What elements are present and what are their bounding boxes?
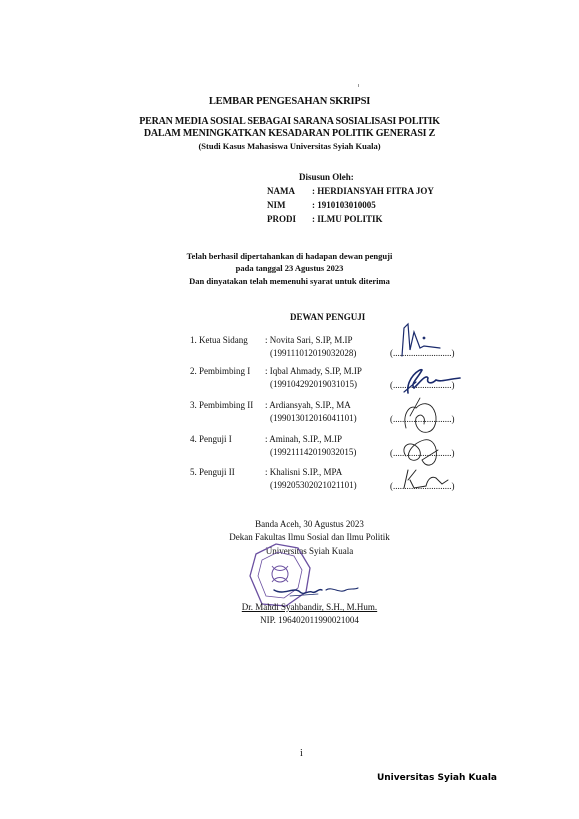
identity-label: NIM (267, 200, 312, 210)
examiner-name: : Ardiansyah, S.IP., MA (265, 400, 351, 410)
dean-signature (270, 580, 360, 602)
thesis-title-line1: PERAN MEDIA SOSIAL SEBAGAI SARANA SOSIAL… (0, 116, 579, 127)
document-heading: LEMBAR PENGESAHAN SKRIPSI (0, 96, 579, 107)
identity-prodi-row: PRODI: ILMU POLITIK (267, 214, 383, 224)
identity-value: : ILMU POLITIK (312, 214, 383, 224)
examiner-nip: (199205302021021101) (270, 480, 357, 490)
identity-label: PRODI (267, 214, 312, 224)
defense-date-line: pada tanggal 23 Agustus 2023 (0, 263, 579, 273)
defense-statement-line1: Telah berhasil dipertahankan di hadapan … (0, 251, 579, 261)
dean-name: Dr. Mahdi Syahbandir, S.H., M.Hum. (20, 602, 579, 612)
identity-name-row: NAMA: HERDIANSYAH FITRA JOY (267, 186, 434, 196)
examiner-name: : Iqbal Ahmady, S.IP, M.IP (265, 366, 362, 376)
dean-nip: NIP. 196402011990021004 (20, 615, 579, 625)
identity-value: : 1910103010005 (312, 200, 376, 210)
place-date: Banda Aceh, 30 Agustus 2023 (20, 519, 579, 529)
signature-3 (405, 404, 436, 433)
signature-2 (408, 370, 460, 393)
examiner-role: 3. Pembimbing II (190, 400, 265, 410)
thesis-title-line2: DALAM MENINGKATKAN KESADARAN POLITIK GEN… (0, 128, 579, 139)
signature-4 (404, 440, 438, 465)
examiner-role: 5. Penguji II (190, 467, 265, 477)
examiner-name: : Novita Sari, S.IP, M.IP (265, 335, 353, 345)
identity-nim-row: NIM: 1910103010005 (267, 200, 376, 210)
examiner-role: 1. Ketua Sidang (190, 335, 265, 345)
compiled-by-label: Disusun Oleh: (299, 172, 354, 182)
examiner-role: 4. Penguji I (190, 434, 265, 444)
examiner-nip: (199104292019031015) (270, 379, 357, 389)
examiner-role: 2. Pembimbing I (190, 366, 265, 376)
identity-value: : HERDIANSYAH FITRA JOY (312, 186, 434, 196)
board-heading: DEWAN PENGUJI (290, 312, 365, 322)
signature-1 (402, 324, 440, 356)
defense-statement-line3: Dan dinyatakan telah memenuhi syarat unt… (0, 276, 579, 286)
thesis-subtitle: (Studi Kasus Mahasiswa Universitas Syiah… (0, 141, 579, 151)
examiner-name: : Khalisni S.IP., MPA (265, 467, 342, 477)
page-number: i (300, 748, 303, 759)
scan-mark (358, 84, 359, 87)
identity-label: NAMA (267, 186, 312, 196)
signature-5 (404, 470, 448, 488)
examiner-nip: (199013012016041101) (270, 413, 357, 423)
examiner-nip: (199111012019032028) (270, 348, 356, 358)
examiner-nip: (199211142019032015) (270, 447, 356, 457)
footer-brand: Universitas Syiah Kuala (377, 773, 497, 783)
examiner-name: : Aminah, S.IP., M.IP (265, 434, 342, 444)
signature-scribbles (380, 318, 480, 498)
